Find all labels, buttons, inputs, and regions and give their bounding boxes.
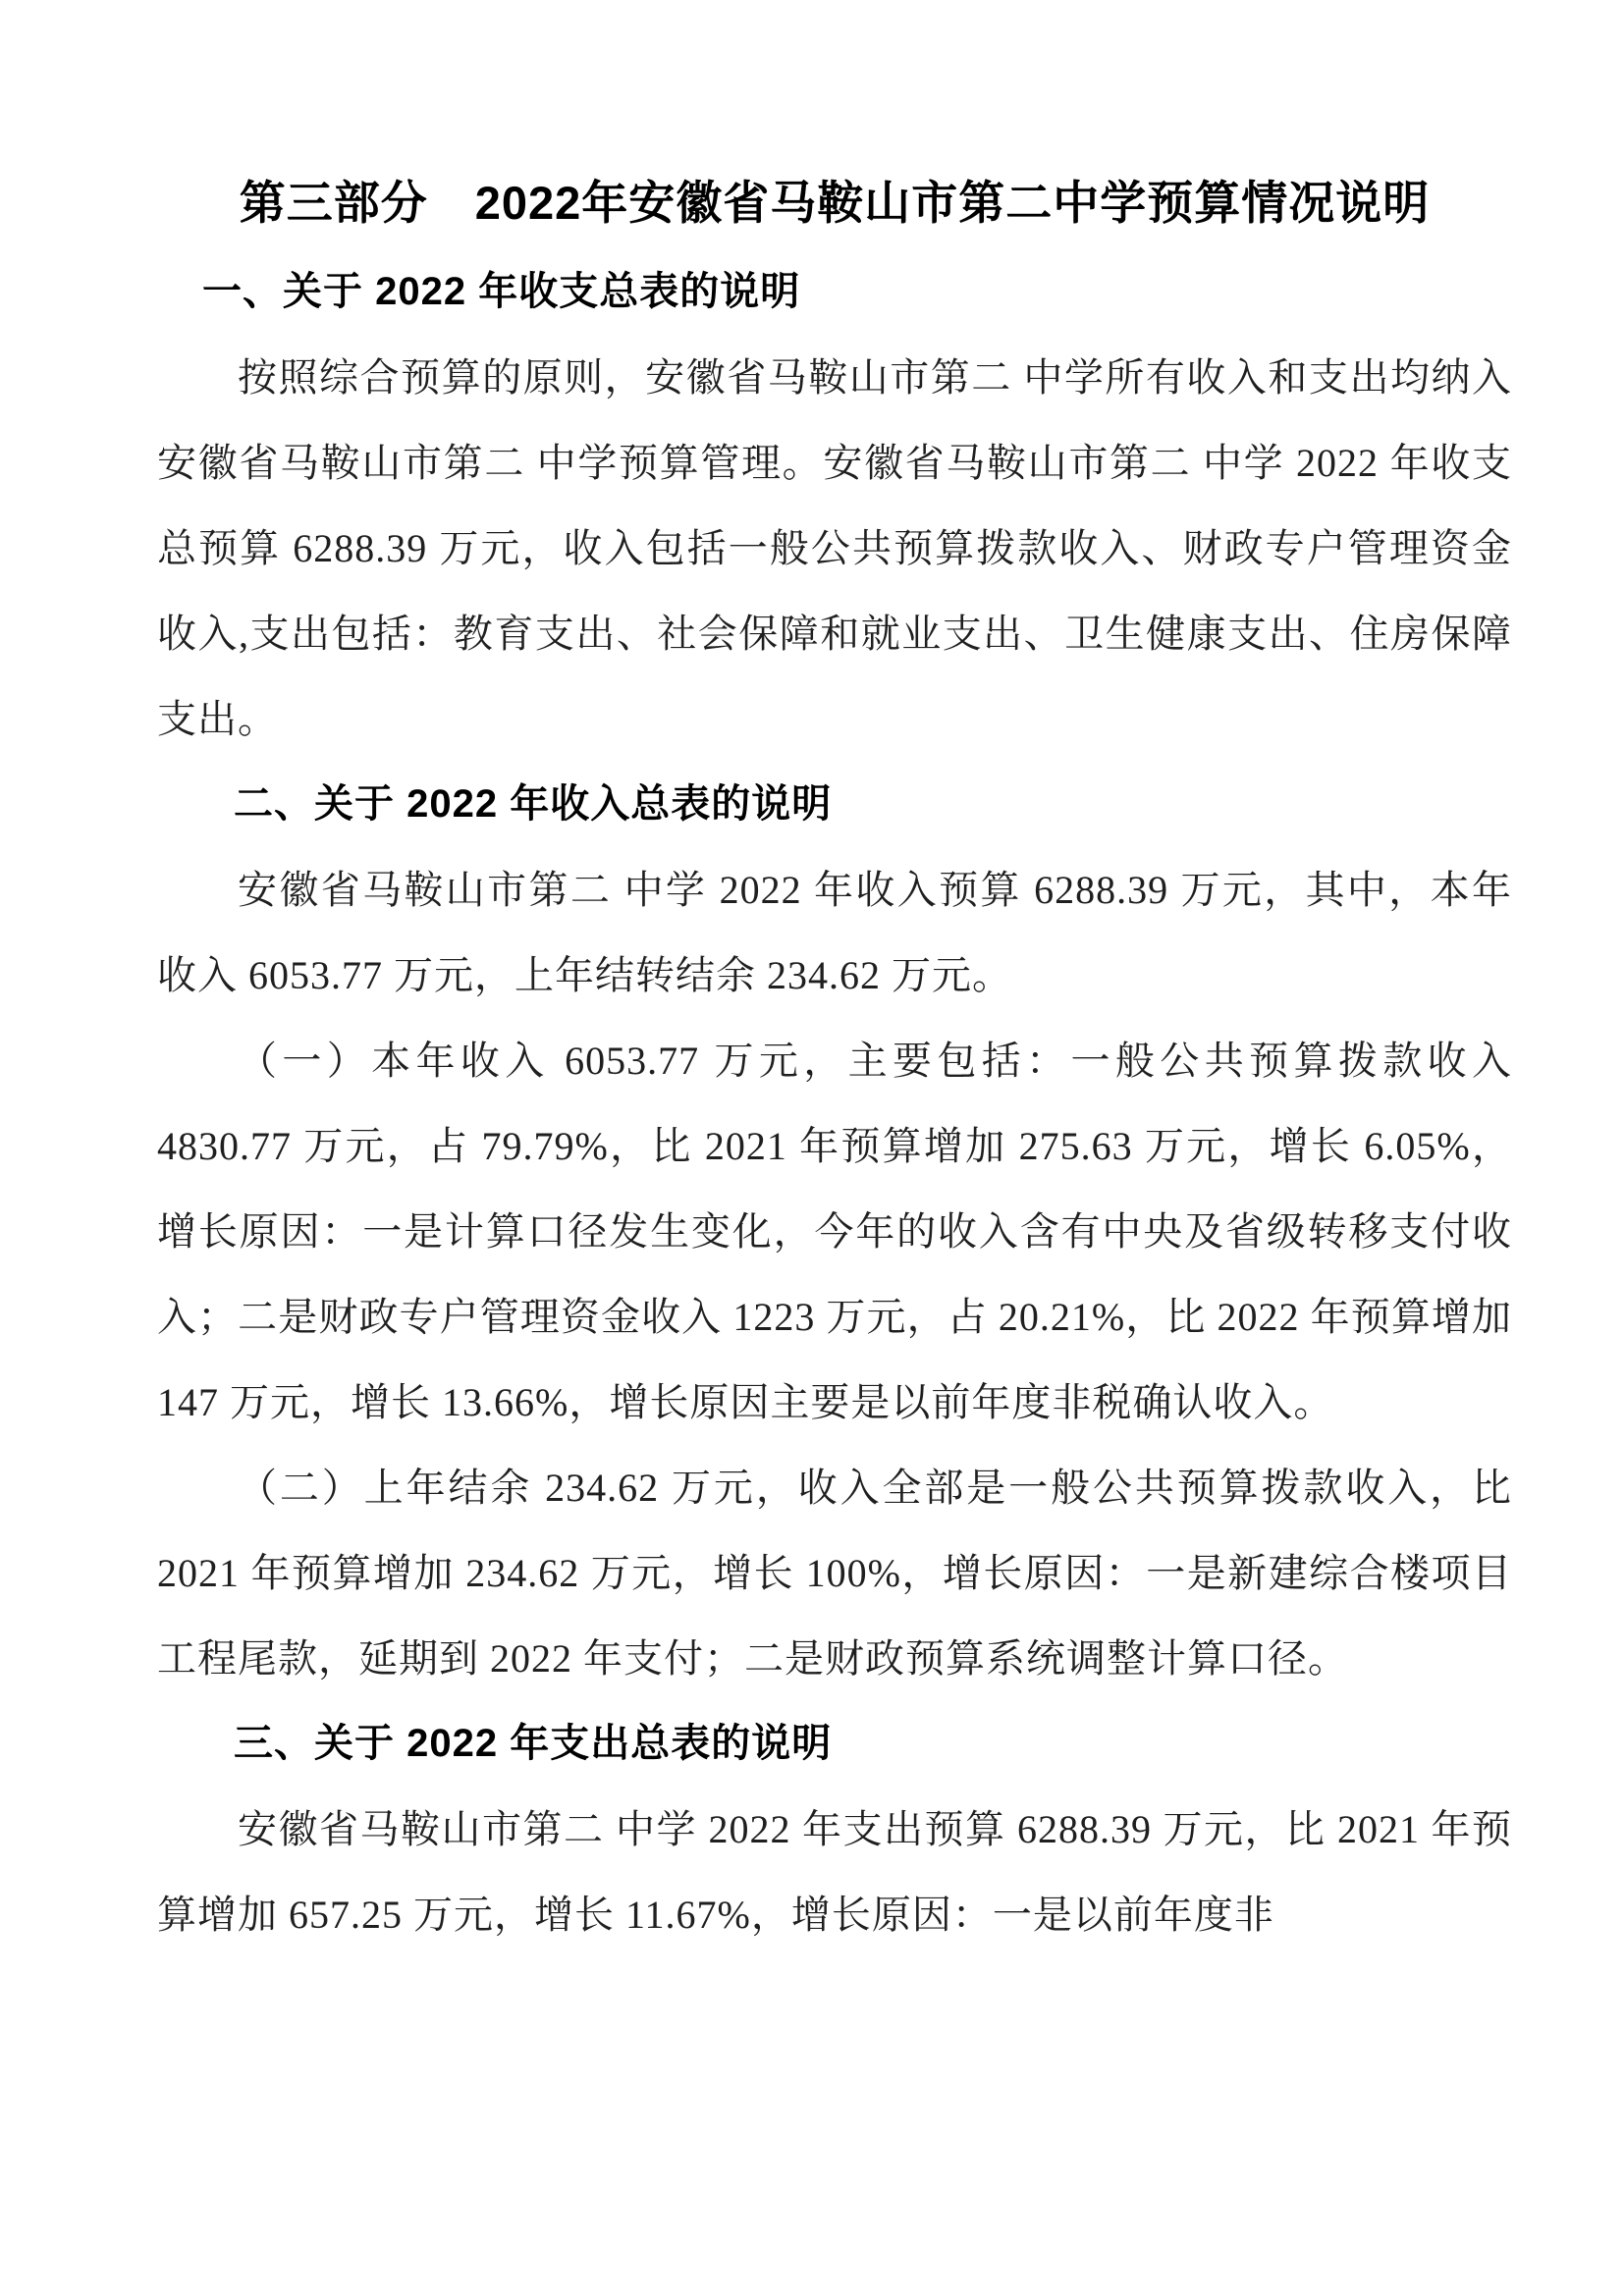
paragraph: 安徽省马鞍山市第二 中学 2022 年收入预算 6288.39 万元，其中，本年… — [157, 847, 1512, 1018]
page-title: 第三部分 2022年安徽省马鞍山市第二中学预算情况说明 — [157, 157, 1512, 249]
document-body: 一、关于 2022 年收支总表的说明按照综合预算的原则，安徽省马鞍山市第二 中学… — [157, 249, 1512, 1957]
section-heading: 三、关于 2022 年支出总表的说明 — [157, 1701, 1512, 1787]
section-heading: 二、关于 2022 年收入总表的说明 — [157, 762, 1512, 847]
paragraph: （二）上年结余 234.62 万元，收入全部是一般公共预算拨款收入，比 2021… — [157, 1445, 1512, 1701]
paragraph: 安徽省马鞍山市第二 中学 2022 年支出预算 6288.39 万元，比 202… — [157, 1787, 1512, 1957]
section-heading: 一、关于 2022 年收支总表的说明 — [157, 249, 1512, 335]
document-page: 第三部分 2022年安徽省马鞍山市第二中学预算情况说明 一、关于 2022 年收… — [0, 0, 1624, 2296]
paragraph: 按照综合预算的原则，安徽省马鞍山市第二 中学所有收入和支出均纳入安徽省马鞍山市第… — [157, 335, 1512, 762]
paragraph: （一）本年收入 6053.77 万元，主要包括：一般公共预算拨款收入 4830.… — [157, 1018, 1512, 1445]
